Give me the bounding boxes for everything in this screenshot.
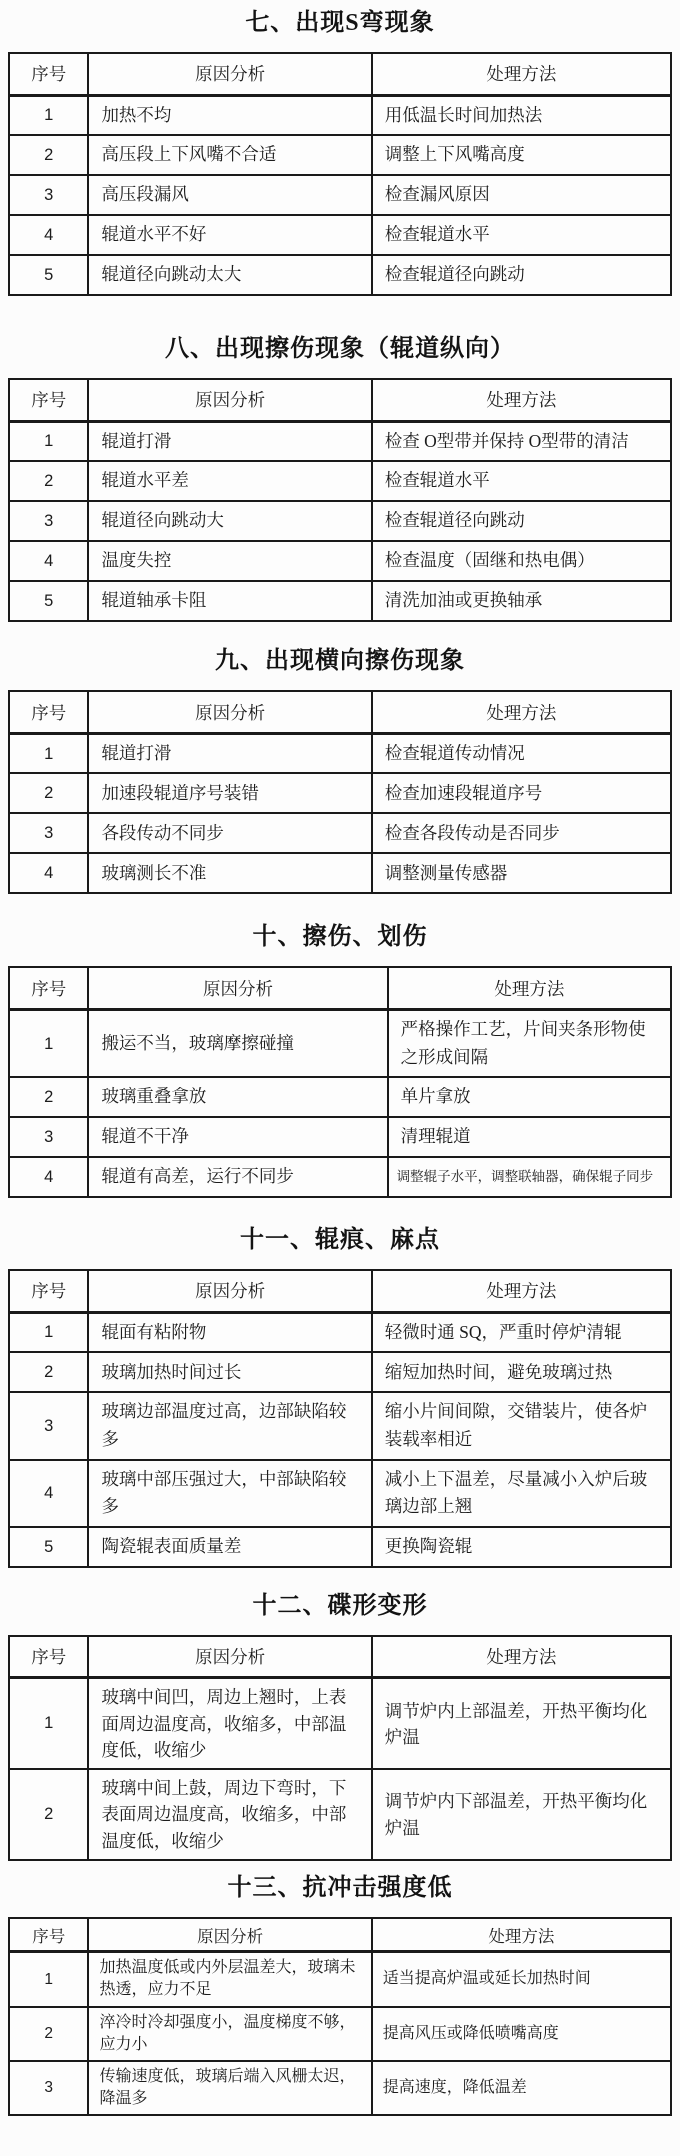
header-cell-no: 序号	[9, 1636, 88, 1678]
table-row: 1 加热温度低或内外层温差大，玻璃未热透，应力不足 适当提高炉温或延长加热时间	[9, 1952, 671, 2007]
row-number-cell: 3	[9, 175, 88, 215]
row-number-cell: 1	[9, 95, 88, 135]
cause-cell: 高压段上下风嘴不合适	[88, 135, 371, 175]
cause-cell: 陶瓷辊表面质量差	[88, 1527, 371, 1567]
table-row: 2 玻璃重叠拿放 单片拿放	[9, 1077, 671, 1117]
section-title: 七、出现S弯现象	[0, 10, 680, 37]
header-cell-cause: 原因分析	[88, 1636, 371, 1678]
header-cell-cause: 原因分析	[88, 379, 371, 421]
fault-table: 序号 原因分析 处理方法 1 加热不均 用低温长时间加热法 2 高压段上下风嘴不…	[8, 52, 672, 296]
row-number-cell: 2	[9, 2007, 88, 2061]
cause-cell: 玻璃中间凹，周边上翘时，上表面周边温度高，收缩多，中部温度低，收缩少	[88, 1678, 371, 1769]
row-number-cell: 1	[9, 421, 88, 461]
table-row: 2 加速段辊道序号装错 检查加速段辊道序号	[9, 773, 671, 813]
row-number-cell: 5	[9, 581, 88, 621]
table-header-row: 序号 原因分析 处理方法	[9, 967, 671, 1009]
cause-cell: 加热温度低或内外层温差大，玻璃未热透，应力不足	[88, 1952, 371, 2007]
row-number-cell: 3	[9, 813, 88, 853]
method-cell: 调节炉内上部温差，开热平衡均化炉温	[372, 1678, 671, 1769]
row-number-cell: 4	[9, 853, 88, 893]
cause-cell: 加热不均	[88, 95, 371, 135]
row-number-cell: 3	[9, 1392, 88, 1459]
method-cell: 用低温长时间加热法	[372, 95, 671, 135]
section-title: 十二、碟形变形	[0, 1593, 680, 1620]
method-cell: 缩小片间间隙，交错装片，使各炉装载率相近	[372, 1392, 671, 1459]
header-cell-method: 处理方法	[372, 1918, 671, 1952]
row-number-cell: 1	[9, 1009, 88, 1077]
cause-cell: 各段传动不同步	[88, 813, 371, 853]
table-row: 3 传输速度低，玻璃后端入风栅太迟，降温多 提高速度，降低温差	[9, 2061, 671, 2115]
row-number-cell: 2	[9, 461, 88, 501]
method-cell: 缩短加热时间，避免玻璃过热	[372, 1352, 671, 1392]
method-cell: 检查加速段辊道序号	[372, 773, 671, 813]
table-row: 3 高压段漏风 检查漏风原因	[9, 175, 671, 215]
row-number-cell: 2	[9, 1077, 88, 1117]
table-row: 2 玻璃加热时间过长 缩短加热时间，避免玻璃过热	[9, 1352, 671, 1392]
table-row: 1 搬运不当，玻璃摩擦碰撞 严格操作工艺，片间夹条形物使之形成间隔	[9, 1009, 671, 1077]
table-row: 3 玻璃边部温度过高，边部缺陷较多 缩小片间间隙，交错装片，使各炉装载率相近	[9, 1392, 671, 1459]
cause-cell: 搬运不当，玻璃摩擦碰撞	[88, 1009, 387, 1077]
method-cell: 检查辊道径向跳动	[372, 501, 671, 541]
header-cell-cause: 原因分析	[88, 967, 387, 1009]
method-cell: 检查辊道传动情况	[372, 733, 671, 773]
table-header-row: 序号 原因分析 处理方法	[9, 691, 671, 733]
table-row: 5 陶瓷辊表面质量差 更换陶瓷辊	[9, 1527, 671, 1567]
section-title: 十一、辊痕、麻点	[0, 1227, 680, 1254]
fault-table: 序号 原因分析 处理方法 1 加热温度低或内外层温差大，玻璃未热透，应力不足 适…	[8, 1917, 672, 2116]
cause-cell: 辊道水平不好	[88, 215, 371, 255]
method-cell: 检查辊道水平	[372, 461, 671, 501]
method-cell: 调整上下风嘴高度	[372, 135, 671, 175]
method-cell: 检查温度（固继和热电偶）	[372, 541, 671, 581]
header-cell-no: 序号	[9, 1918, 88, 1952]
method-cell: 调整辊子水平，调整联轴器，确保辊子同步	[388, 1157, 671, 1197]
cause-cell: 玻璃测长不准	[88, 853, 371, 893]
header-cell-method: 处理方法	[388, 967, 671, 1009]
row-number-cell: 1	[9, 1952, 88, 2007]
cause-cell: 玻璃重叠拿放	[88, 1077, 387, 1117]
method-cell: 轻微时通 SQ，严重时停炉清辊	[372, 1312, 671, 1352]
row-number-cell: 5	[9, 255, 88, 295]
cause-cell: 辊道不干净	[88, 1117, 387, 1157]
header-cell-method: 处理方法	[372, 1270, 671, 1312]
method-cell: 检查辊道水平	[372, 215, 671, 255]
fault-section: 十三、抗冲击强度低 序号 原因分析 处理方法 1 加热温度低或内外层温差大，玻璃…	[0, 1875, 680, 2116]
row-number-cell: 2	[9, 135, 88, 175]
row-number-cell: 1	[9, 733, 88, 773]
row-number-cell: 4	[9, 541, 88, 581]
fault-table: 序号 原因分析 处理方法 1 辊道打滑 检查辊道传动情况 2 加速段辊道序号装错…	[8, 690, 672, 894]
method-cell: 提高速度，降低温差	[372, 2061, 671, 2115]
table-header-row: 序号 原因分析 处理方法	[9, 379, 671, 421]
row-number-cell: 4	[9, 215, 88, 255]
cause-cell: 辊面有粘附物	[88, 1312, 371, 1352]
cause-cell: 淬冷时冷却强度小，温度梯度不够，应力小	[88, 2007, 371, 2061]
table-row: 4 玻璃测长不准 调整测量传感器	[9, 853, 671, 893]
cause-cell: 传输速度低，玻璃后端入风栅太迟，降温多	[88, 2061, 371, 2115]
table-header-row: 序号 原因分析 处理方法	[9, 1270, 671, 1312]
table-row: 2 玻璃中间上鼓，周边下弯时，下表面周边温度高，收缩多，中部温度低，收缩少 调节…	[9, 1769, 671, 1860]
header-cell-cause: 原因分析	[88, 53, 371, 95]
row-number-cell: 1	[9, 1312, 88, 1352]
troubleshooting-document: 七、出现S弯现象 序号 原因分析 处理方法 1 加热不均 用低温长时间加热法 2…	[0, 0, 680, 2116]
header-cell-no: 序号	[9, 967, 88, 1009]
row-number-cell: 4	[9, 1157, 88, 1197]
row-number-cell: 5	[9, 1527, 88, 1567]
row-number-cell: 2	[9, 773, 88, 813]
row-number-cell: 3	[9, 1117, 88, 1157]
table-row: 2 淬冷时冷却强度小，温度梯度不够，应力小 提高风压或降低喷嘴高度	[9, 2007, 671, 2061]
cause-cell: 高压段漏风	[88, 175, 371, 215]
cause-cell: 辊道有高差，运行不同步	[88, 1157, 387, 1197]
cause-cell: 辊道径向跳动大	[88, 501, 371, 541]
fault-section: 九、出现横向擦伤现象 序号 原因分析 处理方法 1 辊道打滑 检查辊道传动情况 …	[0, 648, 680, 894]
cause-cell: 辊道水平差	[88, 461, 371, 501]
section-title: 九、出现横向擦伤现象	[0, 648, 680, 675]
method-cell: 更换陶瓷辊	[372, 1527, 671, 1567]
table-row: 5 辊道径向跳动太大 检查辊道径向跳动	[9, 255, 671, 295]
method-cell: 检查各段传动是否同步	[372, 813, 671, 853]
row-number-cell: 3	[9, 2061, 88, 2115]
row-number-cell: 1	[9, 1678, 88, 1769]
method-cell: 严格操作工艺，片间夹条形物使之形成间隔	[388, 1009, 671, 1077]
table-row: 2 辊道水平差 检查辊道水平	[9, 461, 671, 501]
table-row: 1 辊面有粘附物 轻微时通 SQ，严重时停炉清辊	[9, 1312, 671, 1352]
table-row: 3 辊道径向跳动大 检查辊道径向跳动	[9, 501, 671, 541]
cause-cell: 温度失控	[88, 541, 371, 581]
method-cell: 检查 O型带并保持 O型带的清洁	[372, 421, 671, 461]
fault-table: 序号 原因分析 处理方法 1 辊面有粘附物 轻微时通 SQ，严重时停炉清辊 2 …	[8, 1269, 672, 1568]
table-row: 1 辊道打滑 检查辊道传动情况	[9, 733, 671, 773]
fault-table: 序号 原因分析 处理方法 1 玻璃中间凹，周边上翘时，上表面周边温度高，收缩多，…	[8, 1635, 672, 1861]
header-cell-method: 处理方法	[372, 53, 671, 95]
header-cell-method: 处理方法	[372, 379, 671, 421]
table-row: 3 辊道不干净 清理辊道	[9, 1117, 671, 1157]
row-number-cell: 2	[9, 1769, 88, 1860]
table-row: 4 玻璃中部压强过大，中部缺陷较多 减小上下温差，尽量减小入炉后玻璃边部上翘	[9, 1460, 671, 1527]
table-header-row: 序号 原因分析 处理方法	[9, 1918, 671, 1952]
header-cell-cause: 原因分析	[88, 691, 371, 733]
table-row: 4 温度失控 检查温度（固继和热电偶）	[9, 541, 671, 581]
method-cell: 减小上下温差，尽量减小入炉后玻璃边部上翘	[372, 1460, 671, 1527]
method-cell: 调整测量传感器	[372, 853, 671, 893]
method-cell: 提高风压或降低喷嘴高度	[372, 2007, 671, 2061]
table-header-row: 序号 原因分析 处理方法	[9, 1636, 671, 1678]
header-cell-no: 序号	[9, 379, 88, 421]
fault-section: 十二、碟形变形 序号 原因分析 处理方法 1 玻璃中间凹，周边上翘时，上表面周边…	[0, 1593, 680, 1861]
header-cell-cause: 原因分析	[88, 1270, 371, 1312]
cause-cell: 辊道打滑	[88, 421, 371, 461]
method-cell: 检查辊道径向跳动	[372, 255, 671, 295]
header-cell-cause: 原因分析	[88, 1918, 371, 1952]
cause-cell: 玻璃中间上鼓，周边下弯时，下表面周边温度高，收缩多，中部温度低，收缩少	[88, 1769, 371, 1860]
section-title: 八、出现擦伤现象（辊道纵向）	[0, 336, 680, 363]
method-cell: 适当提高炉温或延长加热时间	[372, 1952, 671, 2007]
table-row: 4 辊道有高差，运行不同步 调整辊子水平，调整联轴器，确保辊子同步	[9, 1157, 671, 1197]
header-cell-method: 处理方法	[372, 1636, 671, 1678]
cause-cell: 加速段辊道序号装错	[88, 773, 371, 813]
row-number-cell: 3	[9, 501, 88, 541]
fault-section: 十、擦伤、划伤 序号 原因分析 处理方法 1 搬运不当，玻璃摩擦碰撞 严格操作工…	[0, 924, 680, 1198]
cause-cell: 玻璃边部温度过高，边部缺陷较多	[88, 1392, 371, 1459]
table-row: 3 各段传动不同步 检查各段传动是否同步	[9, 813, 671, 853]
table-row: 5 辊道轴承卡阻 清洗加油或更换轴承	[9, 581, 671, 621]
cause-cell: 玻璃中部压强过大，中部缺陷较多	[88, 1460, 371, 1527]
fault-section: 七、出现S弯现象 序号 原因分析 处理方法 1 加热不均 用低温长时间加热法 2…	[0, 10, 680, 296]
method-cell: 检查漏风原因	[372, 175, 671, 215]
fault-table: 序号 原因分析 处理方法 1 搬运不当，玻璃摩擦碰撞 严格操作工艺，片间夹条形物…	[8, 966, 672, 1198]
cause-cell: 辊道打滑	[88, 733, 371, 773]
method-cell: 清理辊道	[388, 1117, 671, 1157]
row-number-cell: 2	[9, 1352, 88, 1392]
cause-cell: 辊道径向跳动太大	[88, 255, 371, 295]
row-number-cell: 4	[9, 1460, 88, 1527]
table-row: 1 玻璃中间凹，周边上翘时，上表面周边温度高，收缩多，中部温度低，收缩少 调节炉…	[9, 1678, 671, 1769]
table-row: 1 加热不均 用低温长时间加热法	[9, 95, 671, 135]
fault-section: 八、出现擦伤现象（辊道纵向） 序号 原因分析 处理方法 1 辊道打滑 检查 O型…	[0, 336, 680, 622]
fault-table: 序号 原因分析 处理方法 1 辊道打滑 检查 O型带并保持 O型带的清洁 2 辊…	[8, 378, 672, 622]
header-cell-method: 处理方法	[372, 691, 671, 733]
section-title: 十三、抗冲击强度低	[0, 1875, 680, 1902]
table-header-row: 序号 原因分析 处理方法	[9, 53, 671, 95]
header-cell-no: 序号	[9, 1270, 88, 1312]
table-row: 1 辊道打滑 检查 O型带并保持 O型带的清洁	[9, 421, 671, 461]
table-row: 2 高压段上下风嘴不合适 调整上下风嘴高度	[9, 135, 671, 175]
method-cell: 清洗加油或更换轴承	[372, 581, 671, 621]
cause-cell: 玻璃加热时间过长	[88, 1352, 371, 1392]
section-title: 十、擦伤、划伤	[0, 924, 680, 951]
method-cell: 调节炉内下部温差，开热平衡均化炉温	[372, 1769, 671, 1860]
header-cell-no: 序号	[9, 691, 88, 733]
header-cell-no: 序号	[9, 53, 88, 95]
method-cell: 单片拿放	[388, 1077, 671, 1117]
cause-cell: 辊道轴承卡阻	[88, 581, 371, 621]
table-row: 4 辊道水平不好 检查辊道水平	[9, 215, 671, 255]
fault-section: 十一、辊痕、麻点 序号 原因分析 处理方法 1 辊面有粘附物 轻微时通 SQ，严…	[0, 1227, 680, 1568]
